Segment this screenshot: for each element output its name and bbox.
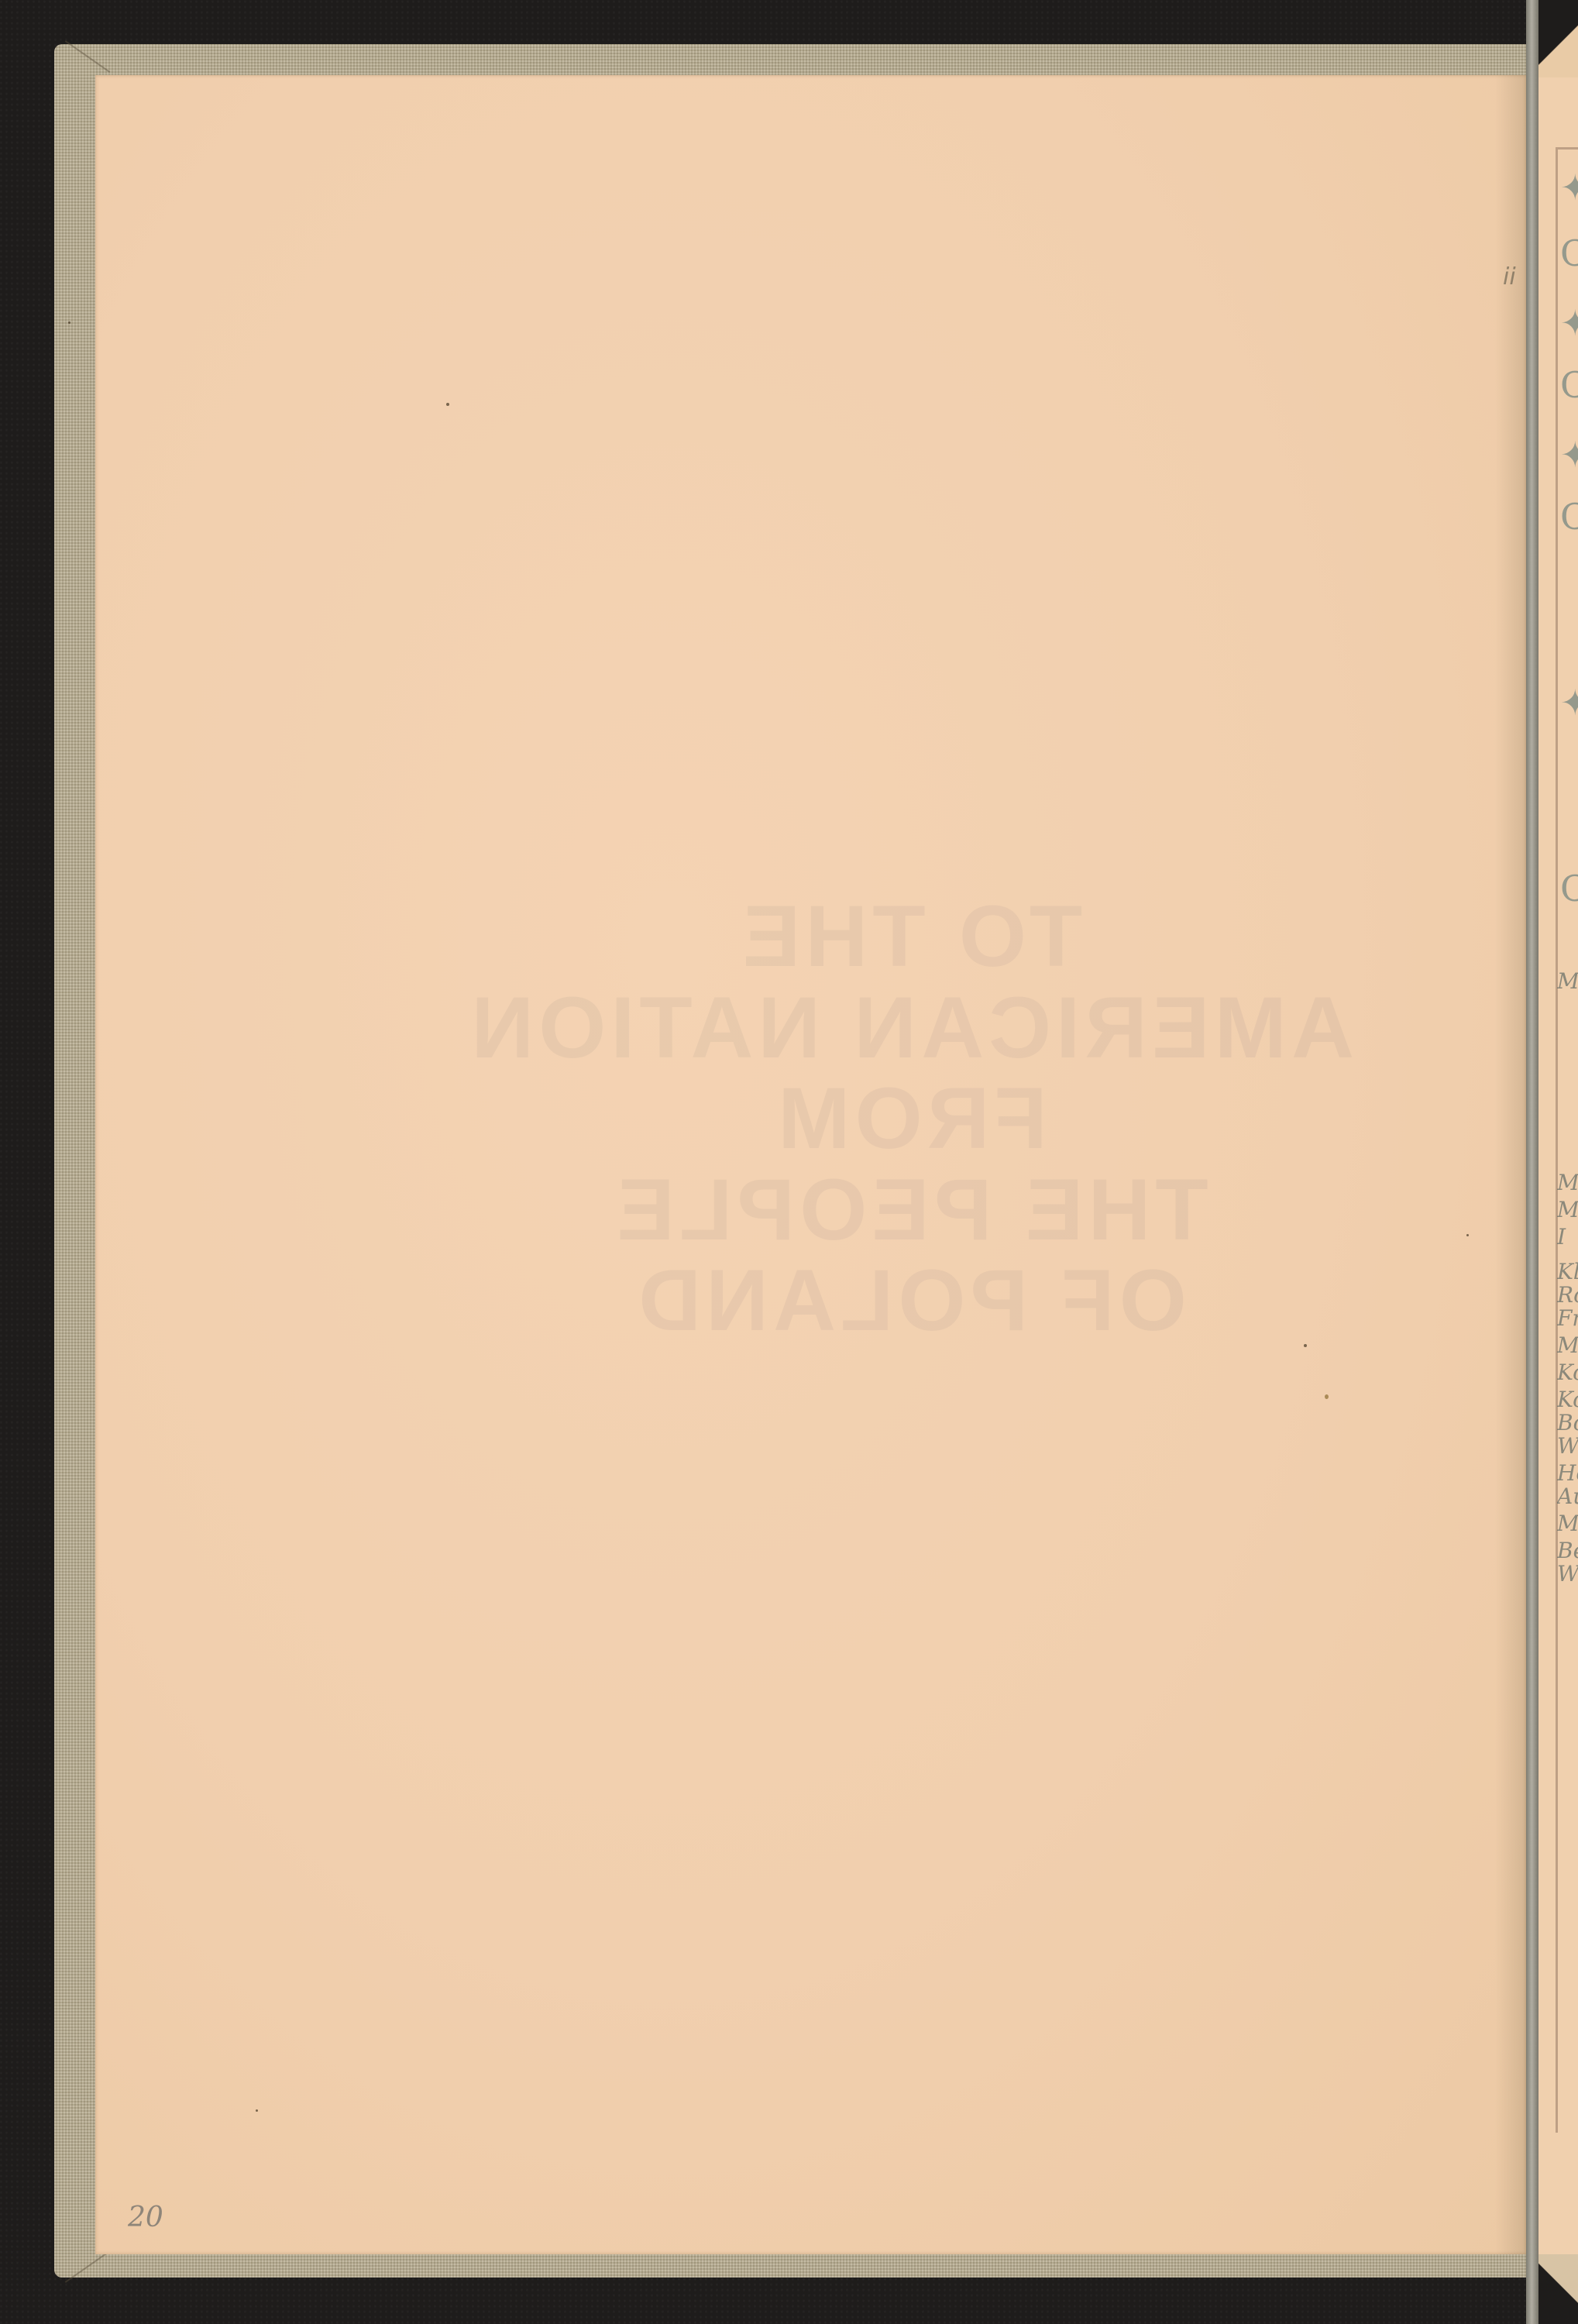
ornament-icon: ✦ bbox=[1560, 167, 1578, 208]
paper-speck bbox=[68, 321, 70, 324]
signature-fragment: Be bbox=[1557, 1538, 1578, 1563]
pencil-mark: ii bbox=[1503, 263, 1516, 290]
signature-fragment: Kl bbox=[1557, 1259, 1578, 1284]
signature-fragment: Bo bbox=[1557, 1410, 1578, 1435]
paper-speck bbox=[1304, 1344, 1307, 1347]
signature-fragment: W bbox=[1557, 1433, 1578, 1459]
showthrough-line: OF POLAND bbox=[434, 1255, 1387, 1346]
paper-speck bbox=[1466, 1234, 1469, 1236]
ornament-icon: ✦ bbox=[1560, 682, 1578, 724]
signature-fragment: I bbox=[1557, 1224, 1578, 1250]
signature-fragment: Wa bbox=[1557, 1561, 1578, 1587]
showthrough-dedication: TO THE AMERICAN NATION FROM THE PEOPLE O… bbox=[434, 891, 1387, 1371]
signature-fragment: M bbox=[1557, 968, 1578, 994]
signature-fragment: He bbox=[1557, 1460, 1578, 1486]
ornament-icon: C bbox=[1560, 364, 1578, 406]
signature-fragment: M bbox=[1557, 1197, 1578, 1222]
handwritten-page-number: 20 bbox=[128, 2202, 163, 2233]
facing-page-corner-top bbox=[1538, 0, 1578, 77]
signature-fragment: M bbox=[1557, 1332, 1578, 1358]
gutter-shadow bbox=[1495, 75, 1526, 2254]
showthrough-line: THE PEOPLE bbox=[434, 1164, 1387, 1256]
signature-fragment: Ko bbox=[1557, 1360, 1578, 1385]
ornament-icon: C bbox=[1560, 496, 1578, 538]
showthrough-line: FROM bbox=[434, 1073, 1387, 1164]
showthrough-line: TO THE bbox=[434, 891, 1387, 982]
ornament-icon: ✦ bbox=[1560, 434, 1578, 476]
book-gutter bbox=[1526, 0, 1538, 2324]
ornament-icon: ✦ bbox=[1560, 302, 1578, 344]
signature-fragment: Ro bbox=[1557, 1282, 1578, 1308]
paper-speck bbox=[256, 2109, 258, 2112]
signature-fragment: Ko bbox=[1557, 1387, 1578, 1412]
paper-speck bbox=[1325, 1394, 1329, 1399]
signature-fragment: M bbox=[1557, 1511, 1578, 1536]
signature-fragment: Au bbox=[1557, 1483, 1578, 1509]
ornament-icon: C bbox=[1560, 232, 1578, 274]
signature-fragment: M bbox=[1557, 1170, 1578, 1195]
signature-fragment: Fr bbox=[1557, 1305, 1578, 1331]
ornament-icon: C bbox=[1560, 868, 1578, 909]
showthrough-line: AMERICAN NATION bbox=[434, 982, 1387, 1074]
paper-speck bbox=[446, 403, 449, 406]
facing-page-corner-bottom bbox=[1538, 2254, 1578, 2324]
